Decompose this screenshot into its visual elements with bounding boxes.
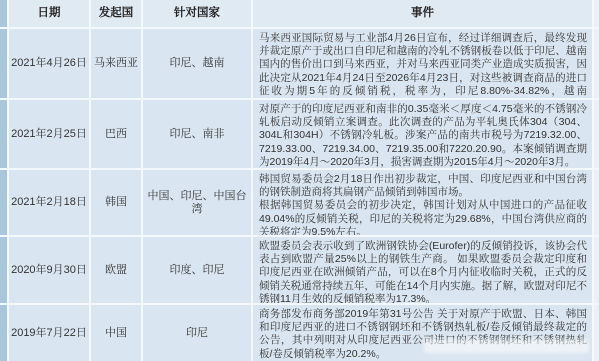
col-header-date: 日期 — [9, 0, 89, 27]
left-edge-strip — [0, 237, 7, 303]
right-edge-strip — [594, 29, 599, 98]
col-header-initiator: 发起国 — [91, 0, 141, 27]
left-edge-strip — [0, 100, 7, 168]
date-cell: 2021年2月25日 — [9, 100, 89, 168]
col-header-event: 事件 — [253, 0, 592, 27]
table-row: 2021年2月25日 巴西 印尼、南非 对原产于的印度尼西亚和南非的0.35毫米… — [0, 100, 599, 168]
target-cell: 印尼、越南 — [143, 29, 251, 98]
table-row: 2020年9月30日 欧盟 印度、印尼 欧盟委员会表示收到了欧洲钢铁协会(Eur… — [0, 237, 599, 303]
date-cell: 2021年4月26日 — [9, 29, 89, 98]
date-cell: 2020年9月30日 — [9, 237, 89, 303]
event-cell: 对原产于的印度尼西亚和南非的0.35毫米＜厚度＜4.75毫米的不锈钢冷轧板启动反… — [253, 100, 592, 168]
event-cell: 欧盟委员会表示收到了欧洲钢铁协会(Eurofer)的反倾销投诉，该协会代表占到欧… — [253, 237, 592, 303]
target-cell: 中国、印尼、中国台湾 — [143, 170, 251, 235]
trade-events-table: 日期 发起国 针对国家 事件 2021年4月26日 马来西亚 印尼、越南 马来西… — [0, 0, 599, 361]
target-cell: 印度、印尼 — [143, 237, 251, 303]
event-cell: 韩国贸易委员会2月18日作出初步裁定，中国、印度尼西亚和中国台湾的钢铁制造商将其… — [253, 170, 592, 235]
table-row: 2021年2月18日 韩国 中国、印尼、中国台湾 韩国贸易委员会2月18日作出初… — [0, 170, 599, 235]
target-cell: 印尼 — [143, 305, 251, 361]
event-cell: 马来西亚国际贸易与工业部4月26日宣布，经过详细调查后，最终发现并裁定原产于或出… — [253, 29, 592, 98]
right-edge-strip — [594, 305, 599, 361]
left-edge-strip — [0, 0, 7, 27]
target-cell: 印尼、南非 — [143, 100, 251, 168]
date-cell: 2019年7月22日 — [9, 305, 89, 361]
initiator-cell: 中国 — [91, 305, 141, 361]
initiator-cell: 韩国 — [91, 170, 141, 235]
right-edge-strip — [594, 237, 599, 303]
initiator-cell: 马来西亚 — [91, 29, 141, 98]
header-row: 日期 发起国 针对国家 事件 — [0, 0, 599, 27]
table-row: 2021年4月26日 马来西亚 印尼、越南 马来西亚国际贸易与工业部4月26日宣… — [0, 29, 599, 98]
table-row: 2019年7月22日 中国 印尼 商务部发布商务部2019年第31号公告 关于对… — [0, 305, 599, 361]
date-cell: 2021年2月18日 — [9, 170, 89, 235]
initiator-cell: 欧盟 — [91, 237, 141, 303]
col-header-target: 针对国家 — [143, 0, 251, 27]
right-edge-strip — [594, 100, 599, 168]
left-edge-strip — [0, 170, 7, 235]
event-cell: 商务部发布商务部2019年第31号公告 关于对原产于欧盟、日本、韩国和印度尼西亚… — [253, 305, 592, 361]
right-edge-strip — [594, 0, 599, 27]
left-edge-strip — [0, 305, 7, 361]
right-edge-strip — [594, 170, 599, 235]
initiator-cell: 巴西 — [91, 100, 141, 168]
left-edge-strip — [0, 29, 7, 98]
